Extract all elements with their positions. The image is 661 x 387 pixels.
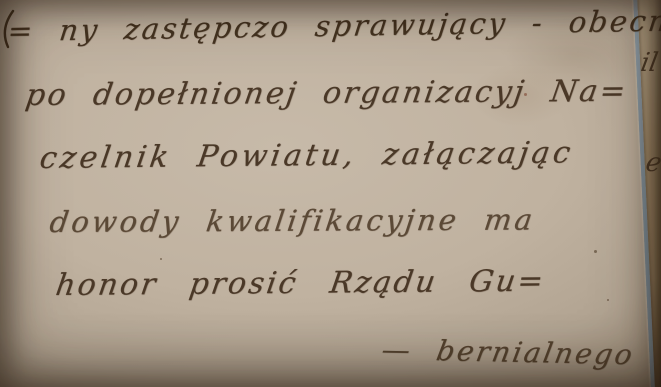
ink-speck <box>594 250 597 253</box>
handwriting-line-5: honor prosić Rządu Gu= <box>53 264 548 303</box>
ink-speck <box>160 258 162 260</box>
handwriting-line-6: — bernialnego <box>379 333 637 371</box>
manuscript-photo: il e = ny zastępczo sprawujący - obecnie… <box>0 0 661 387</box>
handwriting-line-2: po dopełnionej organizacyj Na= <box>23 74 630 113</box>
handwriting-line-3: czelnik Powiatu, załączając <box>37 135 576 176</box>
ink-speck <box>607 299 609 301</box>
ink-speck <box>524 93 527 96</box>
handwriting-line-4: dowody kwalifikacyjne ma <box>48 202 538 239</box>
adjacent-page-strip <box>0 0 661 387</box>
handwriting-line-1: = ny zastępczo sprawujący - obecnie <box>6 3 661 48</box>
photo-vignette <box>0 0 661 387</box>
